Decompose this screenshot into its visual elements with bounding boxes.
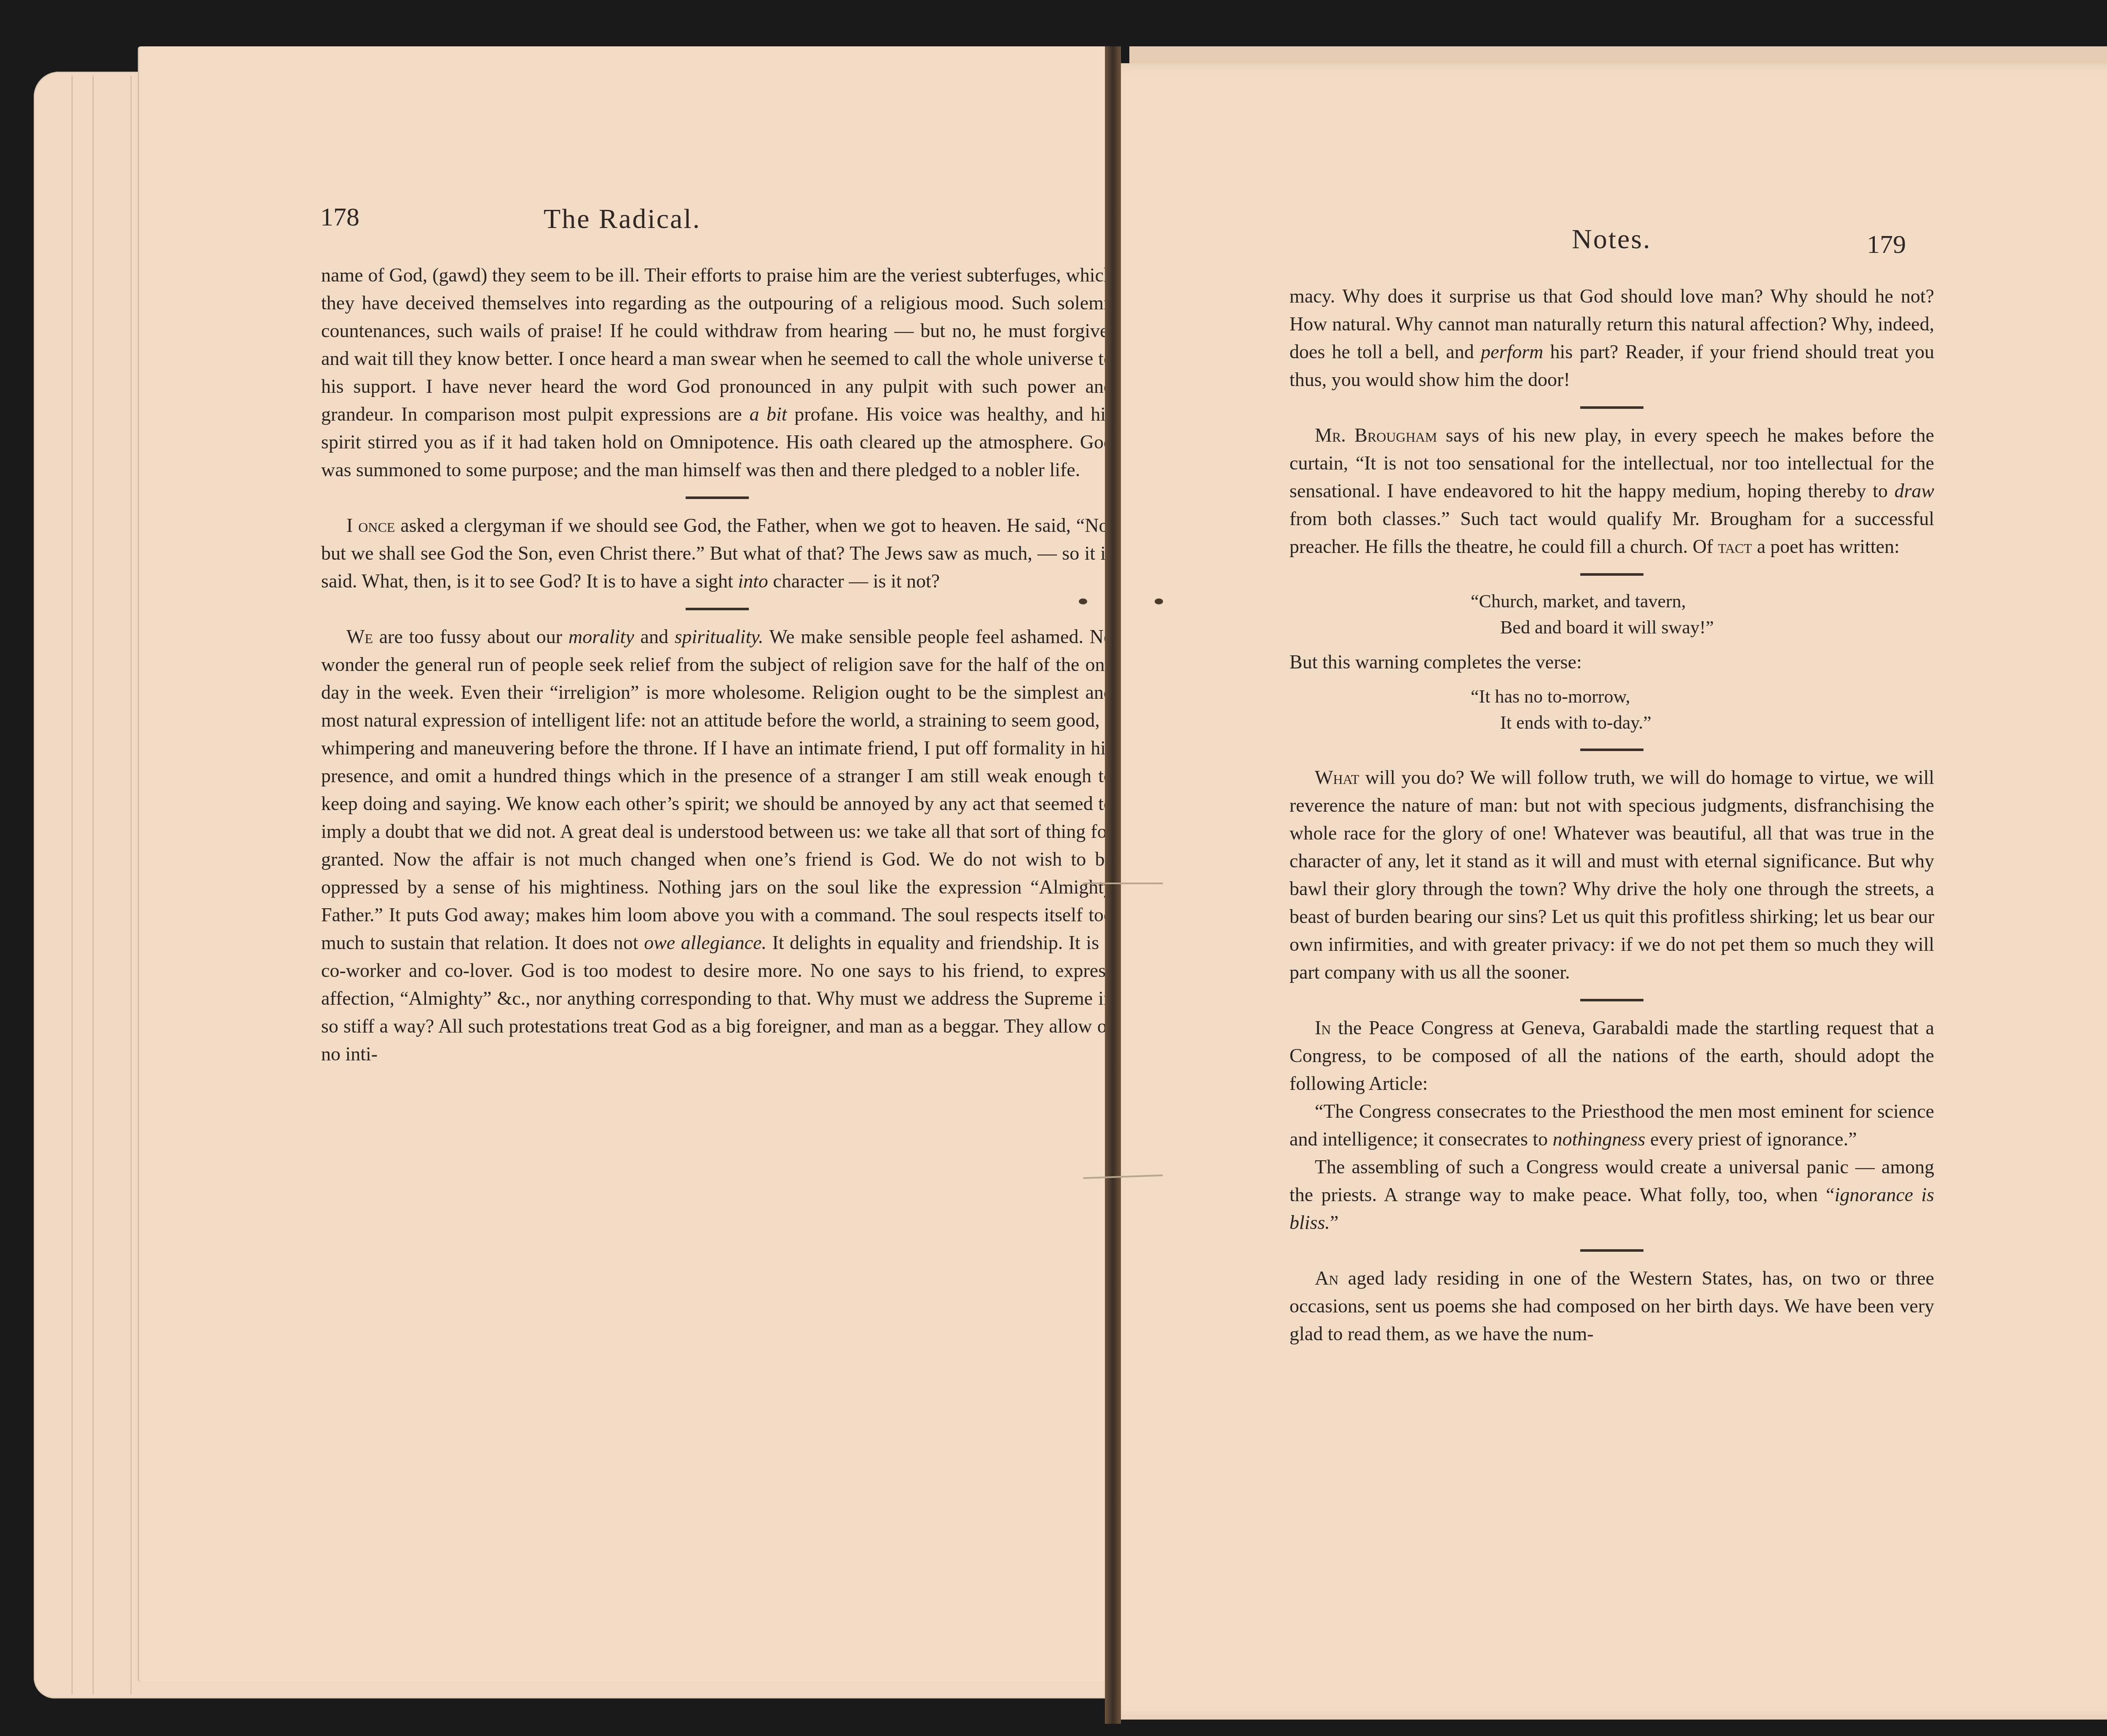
text-run: the Peace Congress at Geneva, Garabaldi … — [1289, 1017, 1934, 1094]
paragraph: But this warning completes the verse: — [1289, 648, 1934, 676]
paragraph-lead-smallcaps: We — [346, 626, 373, 647]
text-run: ” — [1330, 1212, 1338, 1233]
italic-text: a bit — [749, 403, 787, 425]
text-run: aged lady residing in one of the Western… — [1289, 1267, 1934, 1344]
text-run: will you do? We will follow truth, we wi… — [1289, 767, 1934, 983]
paragraph: “The Congress consecrates to the Priesth… — [1289, 1097, 1934, 1153]
paragraph: An aged lady residing in one of the West… — [1289, 1264, 1934, 1348]
text-run: character — is it not? — [768, 570, 940, 592]
italic-text: draw — [1894, 480, 1934, 502]
section-divider-rule — [1580, 573, 1643, 576]
book-gutter — [1105, 46, 1121, 1724]
text-run: are too fussy about our — [373, 626, 568, 647]
paragraph-lead-smallcaps: Mr. Brougham — [1315, 424, 1437, 446]
text-run: name of God, (gawd) they seem to be ill.… — [321, 264, 1113, 425]
page-edge — [72, 76, 72, 1694]
running-head-right: Notes. — [1572, 223, 1651, 255]
verse-line: “It has no to-morrow, — [1471, 684, 1934, 710]
binding-hole — [1155, 598, 1163, 604]
text-run: every priest of ignorance.” — [1645, 1128, 1857, 1150]
section-divider-rule — [686, 608, 749, 610]
text-run: tact — [1718, 536, 1752, 557]
italic-text: spirituality. — [675, 626, 764, 647]
right-page: Notes. 179 macy. Why does it surprise us… — [1121, 63, 2107, 1720]
page-number-left: 178 — [320, 202, 359, 232]
italic-text: morality — [568, 626, 634, 647]
verse-line: It ends with to-day.” — [1471, 710, 1934, 736]
text-run: a poet has written: — [1752, 536, 1900, 557]
paragraph-lead-smallcaps: I once — [346, 515, 395, 536]
paragraph: What will you do? We will follow truth, … — [1289, 764, 1934, 986]
italic-text: into — [738, 570, 768, 592]
paragraph: Mr. Brougham says of his new play, in ev… — [1289, 421, 1934, 561]
verse-line: “Church, market, and tavern, — [1471, 588, 1934, 614]
text-run: asked a clergyman if we should see God, … — [321, 515, 1113, 592]
left-page: 178 The Radical. name of God, (gawd) the… — [139, 46, 1108, 1682]
verse-line: Bed and board it will sway!” — [1471, 614, 1934, 641]
paragraph: name of God, (gawd) they seem to be ill.… — [321, 261, 1113, 484]
paragraph-lead-smallcaps: What — [1315, 767, 1359, 788]
italic-text: perform — [1481, 341, 1543, 362]
text-run: But this warning completes the verse: — [1289, 651, 1582, 673]
text-run: and — [634, 626, 675, 647]
paragraph: We are too fussy about our morality and … — [321, 623, 1113, 1068]
text-run: We make sensible people feel ashamed. No… — [321, 626, 1113, 953]
paragraph: The assembling of such a Congress would … — [1289, 1153, 1934, 1237]
section-divider-rule — [1580, 749, 1643, 751]
paragraph-lead-smallcaps: In — [1315, 1017, 1331, 1038]
paragraph-lead-smallcaps: An — [1315, 1267, 1338, 1289]
page-edge — [131, 76, 131, 1694]
binding-hole — [1079, 598, 1087, 604]
page-edge — [93, 76, 94, 1694]
section-divider-rule — [1580, 406, 1643, 409]
italic-text: nothingness — [1553, 1128, 1646, 1150]
page-number-right: 179 — [1867, 230, 1906, 260]
paragraph: I once asked a clergyman if we should se… — [321, 512, 1113, 595]
left-text-column: name of God, (gawd) they seem to be ill.… — [321, 261, 1113, 1068]
paragraph: macy. Why does it surprise us that God s… — [1289, 282, 1934, 394]
section-divider-rule — [1580, 999, 1643, 1001]
verse-quote: “It has no to-morrow,It ends with to-day… — [1289, 684, 1934, 736]
italic-text: owe allegiance. — [644, 932, 767, 953]
section-divider-rule — [1580, 1249, 1643, 1252]
paragraph: In the Peace Congress at Geneva, Garabal… — [1289, 1014, 1934, 1097]
running-head-left: The Radical. — [544, 203, 701, 235]
right-text-column: macy. Why does it surprise us that God s… — [1289, 282, 1934, 1348]
section-divider-rule — [686, 496, 749, 499]
verse-quote: “Church, market, and tavern,Bed and boar… — [1289, 588, 1934, 641]
binding-thread — [1083, 883, 1163, 884]
